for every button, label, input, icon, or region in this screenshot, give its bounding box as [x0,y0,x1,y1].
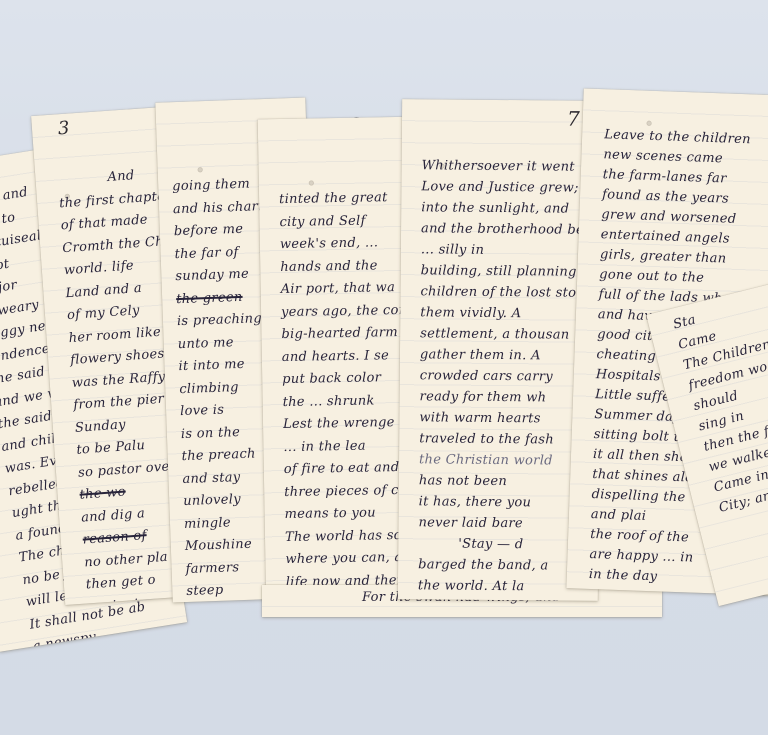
handwriting-line: the Christian world [419,449,593,472]
handwriting-line: big-hearted farm [281,322,415,347]
handwriting-line: Whithersoever it went [422,155,596,178]
handwriting-line: week's end, ... [280,232,414,257]
handwriting-line: 'Stay — d [418,533,592,556]
page-number: 7 [567,107,580,131]
punch-hole [647,121,652,126]
handwriting-line: into the sunlight, and [421,197,595,220]
handwriting-line: crowded cars carry [420,365,594,388]
page-number: 5 [352,117,364,123]
handwriting-line: years ago, the com [281,299,415,324]
handwriting-line: Air port, that wa [280,277,414,302]
handwriting-line: Lest the wrenge [283,412,417,437]
handwriting-line: them vividly. A [420,302,594,325]
handwriting-line: with warm hearts [419,407,593,430]
handwriting-line: building, still planning [421,260,595,283]
handwriting-line: city and Self [279,209,413,234]
handwriting-line: it has, there you [419,491,593,514]
handwriting-line: gather them in. A [420,344,594,367]
handwriting-line: hands and the [280,254,414,279]
handwriting-line: of fire to eat and [284,457,418,482]
punch-hole [198,167,203,172]
handwriting-line: and hearts. I se [282,344,416,369]
handwriting-line: tinted the great [279,187,413,212]
handwriting-line: put back color [282,367,416,392]
handwriting-line: ... in the lea [283,434,417,459]
punch-hole [309,180,314,185]
page-number: 3 [57,118,70,140]
handwriting-line: and the brotherhood beca [421,218,595,241]
handwriting-line: children of the lost story [420,281,594,304]
handwriting-line: has not been [419,470,593,493]
handwriting-line: never laid bare [418,512,592,535]
manuscript-photo: ...ork and Step to Kentuiseal if not Maj… [0,0,768,735]
handwriting-line: traveled to the fash [419,428,593,451]
handwriting-line: Love and Justice grew; [421,176,595,199]
handwriting-line: the ... shrunk [282,389,416,414]
handwriting-line: ready for them wh [419,386,593,409]
handwriting-line: settlement, a thousan [420,323,594,346]
handwriting-line: ... silly in [421,239,595,262]
